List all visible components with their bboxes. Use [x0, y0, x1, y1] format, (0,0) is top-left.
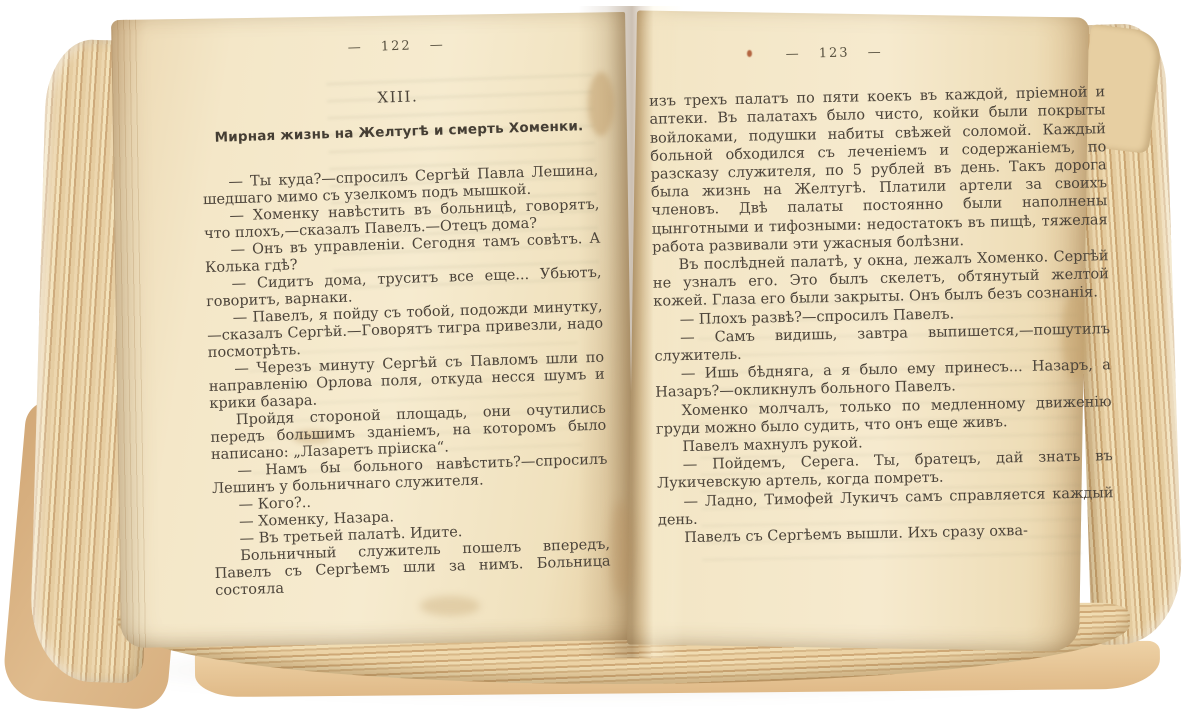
chapter-number: XIII.	[200, 83, 596, 112]
book-photo: — 122 — XIII. Мирная жизнь на Желтугѣ и …	[0, 0, 1200, 717]
paragraph: Въ послѣдней палатѣ, у окна, лежалъ Хоме…	[652, 247, 1109, 311]
page-stain	[420, 596, 480, 616]
right-page-text: — 123 — изъ трехъ палатъ по пяти коекъ в…	[648, 39, 1114, 548]
chapter-title: Мирная жизнь на Желтугѣ и смерть Хоменки…	[201, 118, 597, 147]
left-page-text: — 122 — XIII. Мирная жизнь на Желтугѣ и …	[198, 32, 611, 600]
body-text: изъ трехъ палатъ по пяти коекъ въ каждой…	[649, 83, 1114, 548]
page-stain	[610, 500, 632, 596]
paragraph: изъ трехъ палатъ по пяти коекъ въ каждой…	[649, 83, 1108, 256]
body-text: — Ты куда?—спросилъ Сергѣй Павла Лешина,…	[202, 163, 611, 600]
